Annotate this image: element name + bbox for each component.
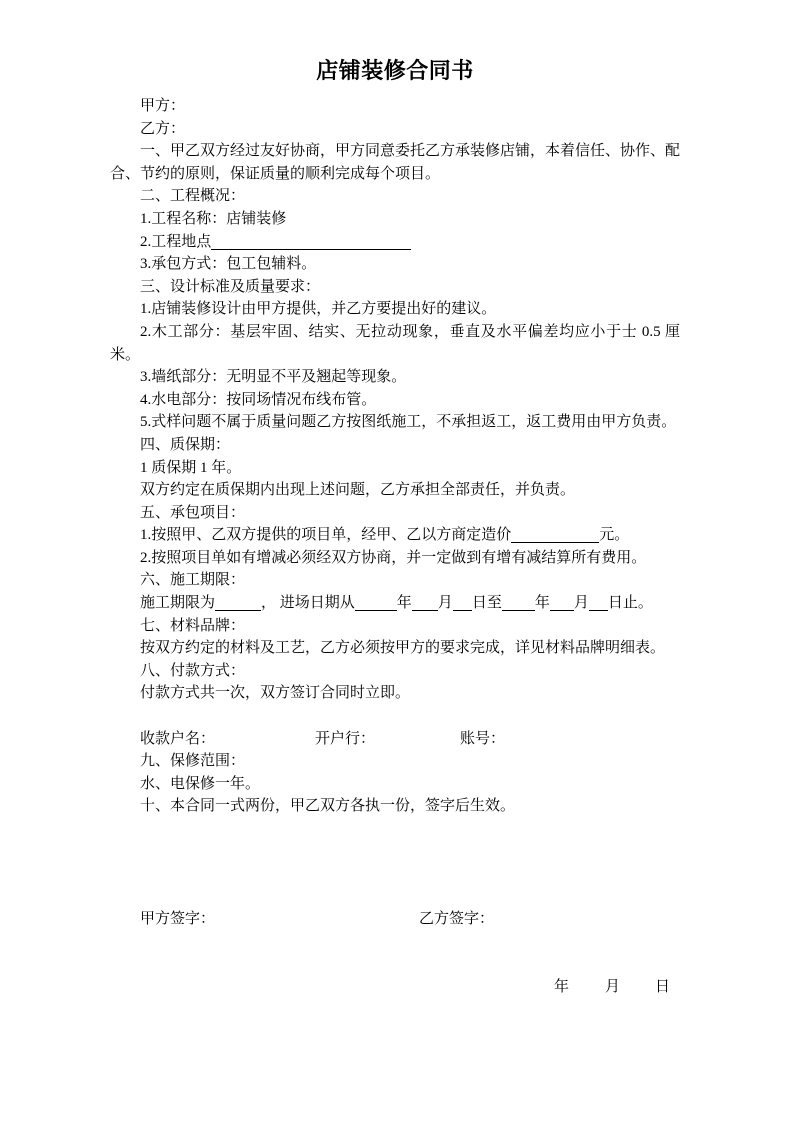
text-run: 月	[574, 595, 589, 611]
contract-line: 五、承包项目：	[110, 502, 680, 525]
text-run: 1 质保期 1 年。	[140, 460, 241, 476]
contract-line: 八、付款方式：	[110, 660, 680, 683]
contract-line: 施工期限为， 进场日期从年月日至年月日止。	[110, 592, 680, 615]
text-run: 四、质保期：	[140, 437, 230, 453]
contract-line: 六、施工期限：	[110, 569, 680, 592]
text-run: 2.木工部分：基层牢固、结实、无拉动现象，垂直及水平偏差均应小于士 0.5 厘米…	[110, 324, 680, 363]
contract-line: 5.式样问题不属于质量问题乙方按图纸施工，不承担返工，返工费用由甲方负责。	[110, 411, 680, 434]
text-run: 日至	[472, 595, 502, 611]
contract-line: 双方约定在质保期内出现上述问题，乙方承担全部责任，并负责。	[110, 479, 680, 502]
text-run: 付款方式共一次，双方签订合同时立即。	[140, 685, 410, 701]
spacing-gap	[215, 742, 315, 743]
contract-line: 甲方：	[110, 95, 680, 118]
fill-in-blank-underline	[355, 596, 397, 611]
text-run: 月	[605, 979, 620, 995]
text-run: 1.按照甲、乙双方提供的项目单，经甲、乙以方商定造价	[140, 527, 511, 543]
text-run: 日止。	[608, 595, 653, 611]
contract-line: 4.水电部分：按同场情况布线布管。	[110, 389, 680, 412]
contract-line: 水、电保修一年。	[110, 773, 680, 796]
text-run: 2.工程地点	[140, 234, 211, 250]
contract-line: 2.工程地点	[110, 231, 680, 254]
text-run: 乙方签字：	[419, 911, 494, 927]
contract-line: 1.按照甲、乙双方提供的项目单，经甲、乙以方商定造价元。	[110, 524, 680, 547]
contract-line: 2.按照项目单如有增减必须经双方协商，并一定做到有增有减结算所有费用。	[110, 547, 680, 570]
text-run: 双方约定在质保期内出现上述问题，乙方承担全部责任，并负责。	[140, 482, 575, 498]
text-run: 月	[438, 595, 453, 611]
contract-line: 按双方约定的材料及工艺，乙方必须按甲方的要求完成，详见材料品牌明细表。	[110, 637, 680, 660]
blank-line-spacer	[110, 705, 680, 728]
contract-line: 年月日	[110, 976, 680, 999]
text-run: 年	[554, 979, 569, 995]
text-run: 2.按照项目单如有增减必须经双方协商，并一定做到有增有减结算所有费用。	[140, 550, 646, 566]
contract-line: 二、工程概况：	[110, 185, 680, 208]
text-run: 1.工程名称：店铺装修	[140, 211, 286, 227]
text-run: 六、施工期限：	[140, 572, 245, 588]
contract-line: 付款方式共一次，双方签订合同时立即。	[110, 682, 680, 705]
contract-line: 1.店铺装修设计由甲方提供，并乙方要提出好的建议。	[110, 298, 680, 321]
contract-line: 1.工程名称：店铺装修	[110, 208, 680, 231]
fill-in-blank-underline	[211, 235, 411, 250]
blank-line-spacer	[110, 931, 680, 976]
contract-line: 一、甲乙双方经过友好协商，甲方同意委托乙方承装修店铺，本着信任、协作、配合、节约…	[110, 140, 680, 185]
fill-in-blank-underline	[502, 596, 535, 611]
contract-line: 2.木工部分：基层牢固、结实、无拉动现象，垂直及水平偏差均应小于士 0.5 厘米…	[110, 321, 680, 366]
text-run: 乙方：	[140, 121, 185, 137]
contract-line: 九、保修范围：	[110, 750, 680, 773]
fill-in-blank-underline	[550, 596, 574, 611]
contract-line: 3.承包方式：包工包辅料。	[110, 253, 680, 276]
text-run: 年	[397, 595, 412, 611]
contract-line: 乙方：	[110, 118, 680, 141]
contract-line: 三、设计标准及质量要求：	[110, 276, 680, 299]
text-run: ， 进场日期从	[261, 595, 355, 611]
text-run: 元。	[599, 527, 629, 543]
fill-in-blank-underline	[589, 596, 608, 611]
fill-in-blank-underline	[511, 528, 599, 543]
text-run: 二、工程概况：	[140, 188, 245, 204]
text-run: 五、承包项目：	[140, 505, 245, 521]
text-run: 4.水电部分：按同场情况布线布管。	[140, 392, 376, 408]
document-body: 甲方：乙方：一、甲乙双方经过友好协商，甲方同意委托乙方承装修店铺，本着信任、协作…	[110, 95, 680, 999]
contract-page: 店铺装修合同书 甲方：乙方：一、甲乙双方经过友好协商，甲方同意委托乙方承装修店铺…	[0, 0, 793, 1122]
contract-line: 1 质保期 1 年。	[110, 457, 680, 480]
text-run: 九、保修范围：	[140, 753, 245, 769]
text-run: 3.墙纸部分：无明显不平及翘起等现象。	[140, 369, 406, 385]
document-title: 店铺装修合同书	[110, 57, 680, 85]
text-run: 5.式样问题不属于质量问题乙方按图纸施工，不承担返工，返工费用由甲方负责。	[140, 414, 676, 430]
text-run: 年	[535, 595, 550, 611]
fill-in-blank-underline	[412, 596, 438, 611]
blank-line-spacer	[110, 818, 680, 908]
text-run: 七、材料品牌：	[140, 618, 245, 634]
spacing-gap	[375, 742, 460, 743]
contract-line: 3.墙纸部分：无明显不平及翘起等现象。	[110, 366, 680, 389]
contract-line: 四、质保期：	[110, 434, 680, 457]
fill-in-blank-underline	[453, 596, 472, 611]
text-run: 按双方约定的材料及工艺，乙方必须按甲方的要求完成，详见材料品牌明细表。	[140, 640, 665, 656]
text-run: 3.承包方式：包工包辅料。	[140, 256, 316, 272]
spacing-gap	[215, 922, 419, 923]
text-run: 甲方签字：	[140, 911, 215, 927]
text-run: 一、甲乙双方经过友好协商，甲方同意委托乙方承装修店铺，本着信任、协作、配合、节约…	[110, 143, 680, 182]
spacing-gap	[569, 990, 605, 991]
contract-line: 甲方签字：乙方签字：	[110, 908, 680, 931]
contract-line: 十、本合同一式两份，甲乙双方各执一份，签字后生效。	[110, 795, 680, 818]
text-run: 1.店铺装修设计由甲方提供，并乙方要提出好的建议。	[140, 301, 496, 317]
text-run: 水、电保修一年。	[140, 776, 260, 792]
text-run: 十、本合同一式两份，甲乙双方各执一份，签字后生效。	[140, 798, 515, 814]
contract-line: 七、材料品牌：	[110, 615, 680, 638]
text-run: 八、付款方式：	[140, 663, 245, 679]
text-run: 收款户名：	[140, 731, 215, 747]
contract-line: 收款户名：开户行：账号：	[110, 728, 680, 751]
text-run: 施工期限为	[140, 595, 215, 611]
text-run: 甲方：	[140, 98, 185, 114]
text-run: 账号：	[460, 731, 505, 747]
text-run: 日	[655, 979, 670, 995]
spacing-gap	[140, 990, 554, 991]
spacing-gap	[620, 990, 655, 991]
text-run: 三、设计标准及质量要求：	[140, 279, 320, 295]
text-run: 开户行：	[315, 731, 375, 747]
fill-in-blank-underline	[215, 596, 261, 611]
